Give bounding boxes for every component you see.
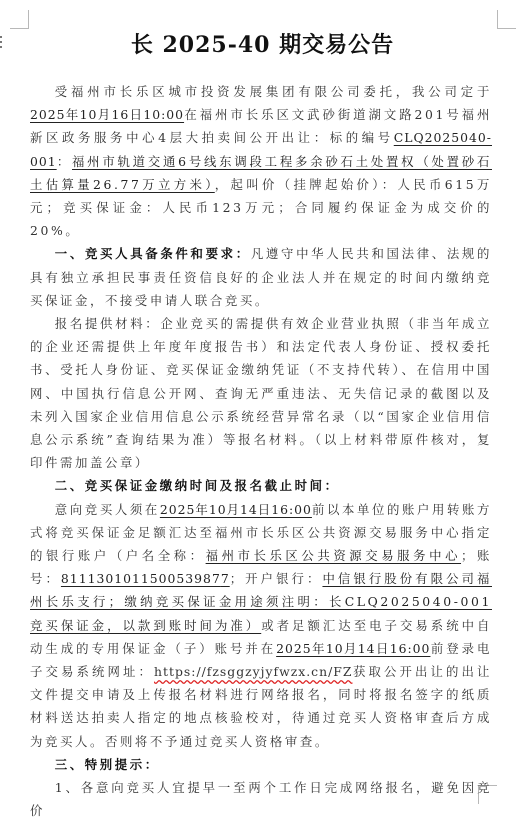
section2-paragraph: 意向竞买人须在2025年10月14日16:00前以本单位的账户用转账方式将竞买保…: [30, 498, 492, 753]
page-corner-mark-top-right: [497, 10, 516, 29]
system-url-link[interactable]: https://fzsggzyjyfwzx.cn/FZ: [154, 664, 352, 679]
section2-text-a: 意向竞买人须在: [55, 502, 160, 517]
account-number-main: 811130101150053987: [61, 571, 221, 586]
account-name: 福州市长乐区公共资源交易服务中心: [206, 548, 461, 563]
section1-paragraph: 一、竞买人具备条件和要求：凡遵守中华人民共和国法律、法规的具有独立承担民事责任资…: [30, 242, 492, 312]
page-corner-mark-top-left: [10, 10, 29, 29]
account-number: 8111301011500539877: [61, 571, 230, 586]
colon: ：: [57, 154, 72, 169]
page-title: 长 2025-40 期交易公告: [0, 28, 525, 59]
deadline-date-1: 2025年10月14日16:00: [160, 502, 312, 517]
document-body: 受福州市长乐区城市投资发展集团有限公司委托，我公司定于2025年10月16日10…: [30, 80, 492, 817]
section3-heading: 三、特别提示：: [30, 753, 492, 776]
materials-paragraph: 报名提供材料：企业竞买的需提供有效企业营业执照（非当年成立的企业还需提供上年度年…: [30, 312, 492, 474]
account-number-tail: 7: [221, 571, 230, 586]
intro-paragraph: 受福州市长乐区城市投资发展集团有限公司委托，我公司定于2025年10月16日10…: [30, 80, 492, 242]
section3-item-1: 1、各意向竞买人宜提早一至两个工作日完成网络报名，避免因竞价: [30, 776, 492, 817]
section1-heading: 一、竞买人具备条件和要求：: [55, 246, 251, 261]
section2-heading: 二、竞买保证金缴纳时间及报名截止时间：: [30, 474, 492, 497]
deadline-date-2: 2025年10月14日16:00: [276, 641, 430, 656]
auction-date: 2025年10月16日10:00: [30, 107, 184, 122]
intro-text: 受福州市长乐区城市投资发展集团有限公司委托，我公司定于: [55, 84, 492, 99]
section2-text-d: ；开户银行：: [230, 571, 323, 586]
